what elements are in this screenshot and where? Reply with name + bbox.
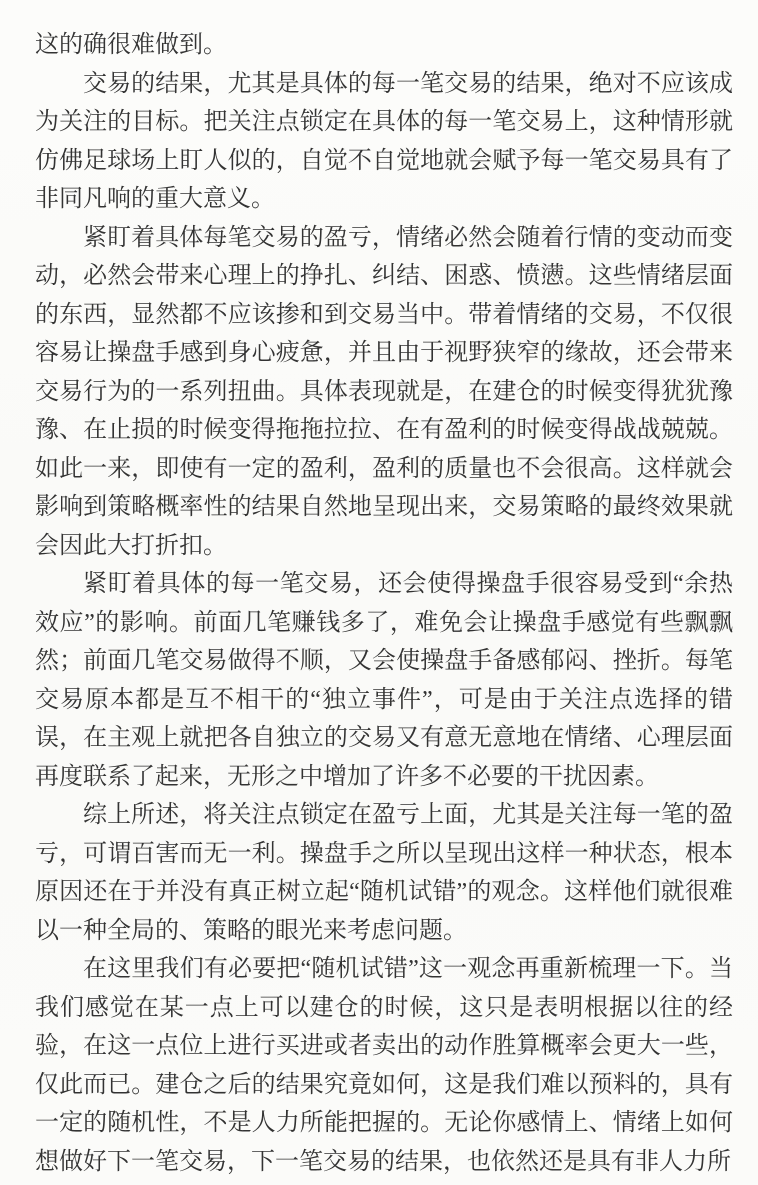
paragraph: 这的确很难做到。: [35, 26, 733, 65]
paragraph: 在这里我们有必要把“随机试错”这一观念再重新梳理一下。当我们感觉在某一点上可以建…: [35, 950, 733, 1181]
paragraph: 紧盯着具体的每一笔交易，还会使得操盘手很容易受到“余热效应”的影响。前面几笔赚钱…: [35, 565, 733, 796]
paragraph: 交易的结果，尤其是具体的每一笔交易的结果，绝对不应该成为关注的目标。把关注点锁定…: [35, 65, 733, 219]
book-page: 这的确很难做到。 交易的结果，尤其是具体的每一笔交易的结果，绝对不应该成为关注的…: [0, 0, 758, 1185]
paragraph: 综上所述，将关注点锁定在盈亏上面，尤其是关注每一笔的盈亏，可谓百害而无一利。操盘…: [35, 796, 733, 950]
body-text: 这的确很难做到。 交易的结果，尤其是具体的每一笔交易的结果，绝对不应该成为关注的…: [35, 26, 733, 1181]
paragraph: 紧盯着具体每笔交易的盈亏，情绪必然会随着行情的变动而变动，必然会带来心理上的挣扎…: [35, 219, 733, 566]
